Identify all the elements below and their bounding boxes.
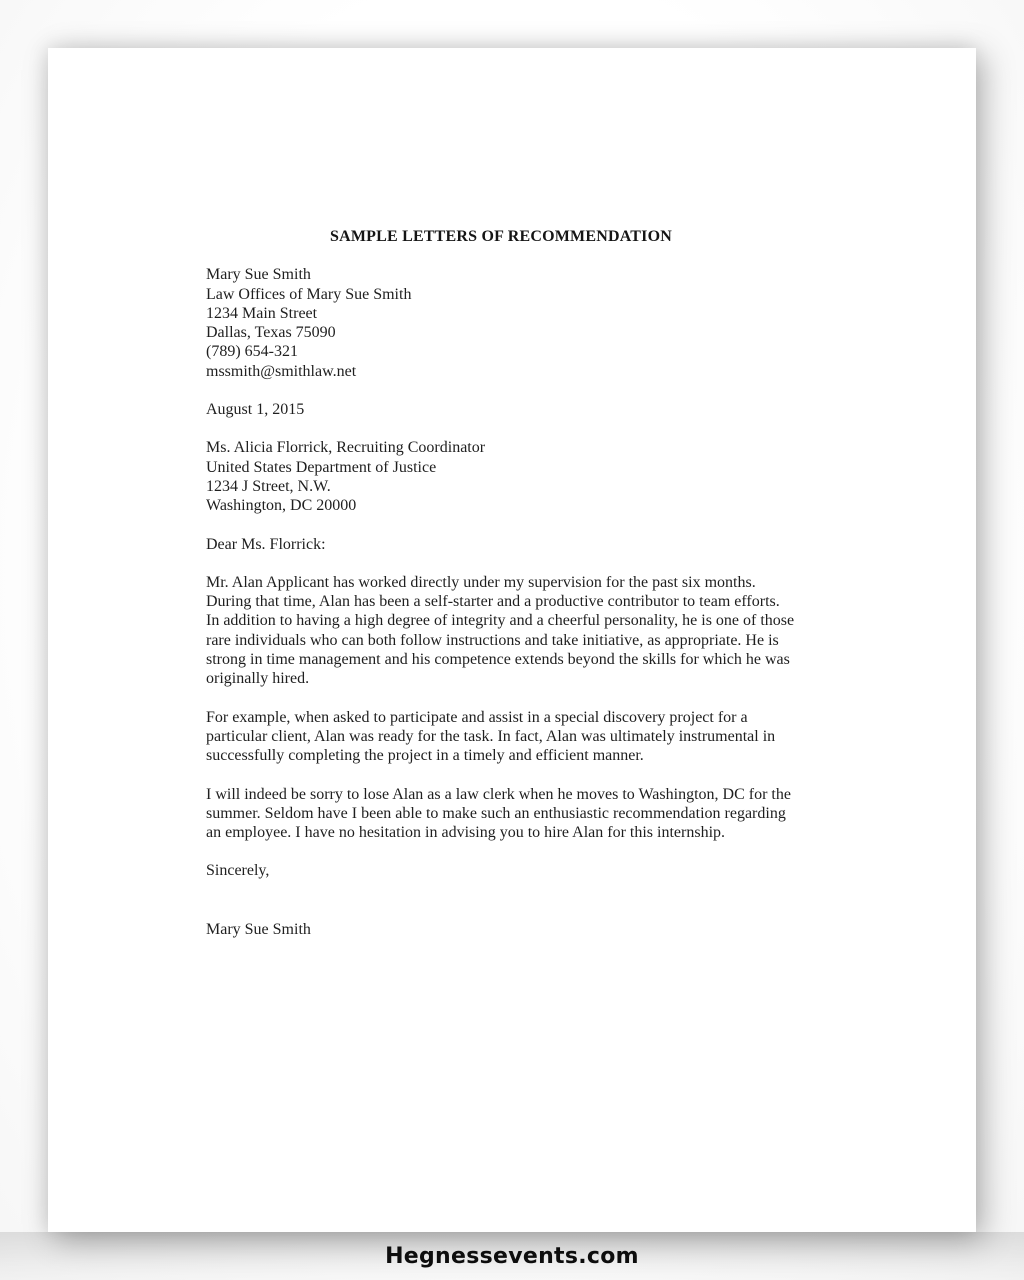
letter-title: SAMPLE LETTERS OF RECOMMENDATION: [206, 227, 796, 246]
site-name: Hegnessevents.com: [385, 1244, 639, 1269]
recipient-street: 1234 J Street, N.W.: [206, 477, 796, 496]
signature: Mary Sue Smith: [206, 920, 796, 939]
sender-city: Dallas, Texas 75090: [206, 323, 796, 342]
letter-content: SAMPLE LETTERS OF RECOMMENDATION Mary Su…: [206, 227, 796, 939]
recipient-city: Washington, DC 20000: [206, 496, 796, 515]
sender-email: mssmith@smithlaw.net: [206, 362, 796, 381]
date-line: August 1, 2015: [206, 400, 796, 419]
salutation: Dear Ms. Florrick:: [206, 535, 796, 554]
body-paragraph-3: I will indeed be sorry to lose Alan as a…: [206, 785, 796, 843]
sender-street: 1234 Main Street: [206, 304, 796, 323]
site-footer: Hegnessevents.com: [0, 1232, 1024, 1280]
body-paragraph-2: For example, when asked to participate a…: [206, 708, 796, 766]
page-background: SAMPLE LETTERS OF RECOMMENDATION Mary Su…: [0, 0, 1024, 1280]
sender-block: Mary Sue Smith Law Offices of Mary Sue S…: [206, 265, 796, 381]
recipient-org: United States Department of Justice: [206, 458, 796, 477]
recipient-name: Ms. Alicia Florrick, Recruiting Coordina…: [206, 438, 796, 457]
sender-company: Law Offices of Mary Sue Smith: [206, 285, 796, 304]
body-paragraph-1: Mr. Alan Applicant has worked directly u…: [206, 573, 796, 689]
sender-name: Mary Sue Smith: [206, 265, 796, 284]
recipient-block: Ms. Alicia Florrick, Recruiting Coordina…: [206, 438, 796, 515]
closing: Sincerely,: [206, 861, 796, 880]
sender-phone: (789) 654-321: [206, 342, 796, 361]
letter-page: SAMPLE LETTERS OF RECOMMENDATION Mary Su…: [48, 48, 976, 1232]
